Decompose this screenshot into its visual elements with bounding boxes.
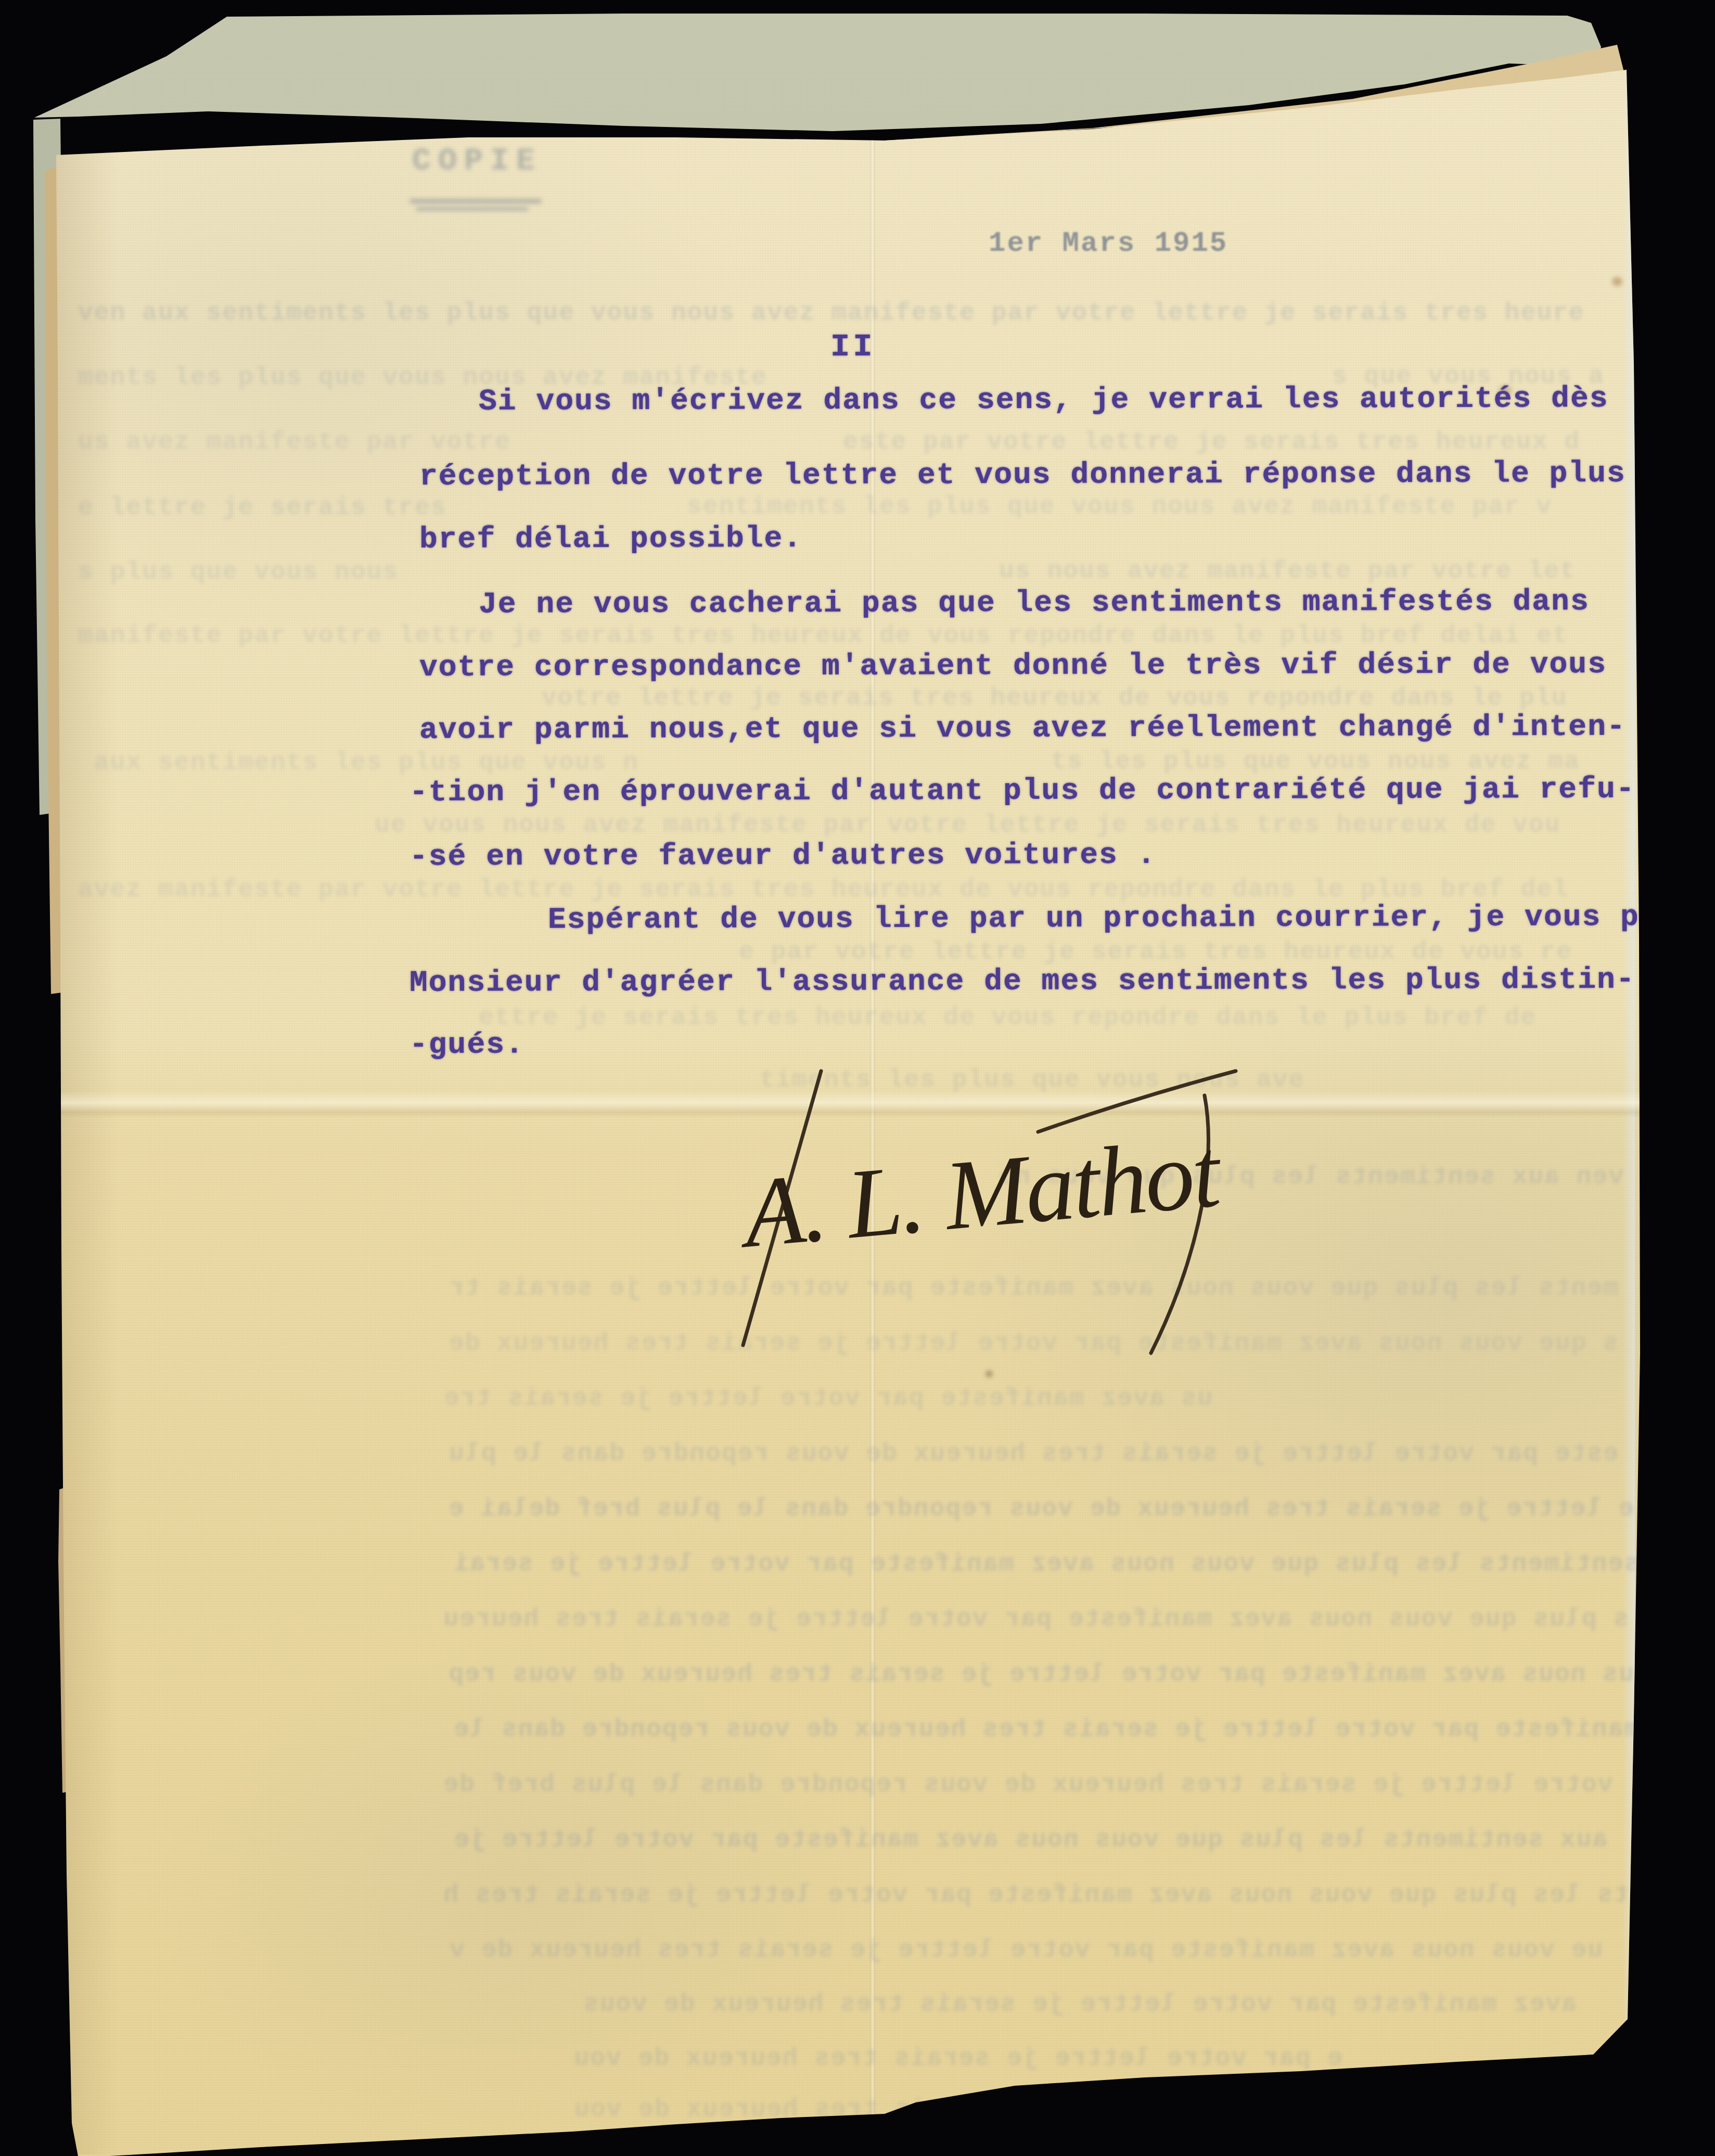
ghost-line: avez manifeste par votre lettre je serai… [572, 1992, 1577, 2022]
copy-stamp-ghost: COPIE [412, 144, 542, 179]
stain [1612, 277, 1622, 286]
ghost-line: aux sentiments les plus que vous nous av… [442, 1828, 1623, 1858]
ghost-line: e lettre je serais tres heureux de vous … [442, 1497, 1634, 1527]
typed-line-4: Je ne vous cacherai pas que les sentimen… [479, 587, 1590, 620]
ghost-line: votre lettre je serais tres heureux de v… [442, 1772, 1629, 1803]
typed-line-5: votre correspondance m'avaient donné le … [419, 650, 1607, 683]
page-number: II [830, 331, 876, 363]
ghost-line: este par votre lettre je serais tres heu… [442, 1441, 1618, 1472]
ghost-line: este par votre lettre je serais tres heu… [843, 430, 1582, 460]
signature-name: A. L. Mathot [734, 1118, 1226, 1269]
ghost-line: e lettre je serais tres [78, 495, 463, 526]
copy-stamp-underline [416, 207, 528, 211]
copy-stamp-underline [410, 199, 541, 203]
ghost-line: us nous avez manifeste par votre lettre … [442, 1662, 1634, 1692]
typed-line-11: -gués. [409, 1030, 524, 1061]
scanned-letter-photograph: ven aux sentiments les plus que vous nou… [0, 0, 1715, 2156]
typed-line-6: avoir parmi nous,et que si vous avez rée… [419, 712, 1626, 746]
right-edge-highlight [1622, 73, 1635, 2045]
ghost-line: sentiments les plus que vous nous avez m… [442, 1552, 1639, 1582]
ghost-line: us avez manifeste par votre lettre je se… [442, 1386, 1212, 1417]
ghost-line: us nous avez manifeste par votre let [999, 559, 1582, 589]
ghost-line: s plus que vous nous avez manifeste par … [442, 1607, 1629, 1637]
typed-line-7: -tion j'en éprouverai d'autant plus de c… [409, 775, 1635, 808]
typed-line-2: réception de votre lettre et vous donner… [419, 459, 1626, 492]
ghost-line: manifeste par votre lettre je serais tre… [442, 1717, 1639, 1747]
ghost-line: ven aux sentiments les plus que vous nou… [78, 301, 1597, 331]
ghost-line: s plus que vous nous [78, 560, 411, 590]
letter-sheet: ven aux sentiments les plus que vous nou… [0, 0, 1715, 2156]
typed-line-3: bref délai possible. [419, 524, 802, 555]
ghost-line: e par votre lettre je serais tres heureu… [572, 2046, 1342, 2076]
ghost-line: us avez manifeste par votre [78, 430, 536, 460]
typed-line-10: Monsieur d'agréer l'assurance de mes sen… [409, 965, 1635, 999]
ghost-line: ettre je serais tres heureux de vou [572, 2097, 1134, 2127]
handwritten-signature: A. L. Mathot [697, 1046, 1296, 1369]
ghost-line: sentiments les plus que vous nous avez m… [687, 494, 1561, 525]
typed-line-9: Espérant de vous lire par un prochain co… [548, 902, 1697, 936]
typed-line-1: Si vous m'écrivez dans ce sens, je verra… [479, 384, 1609, 417]
typed-line-8: -sé en votre faveur d'autres voitures . [409, 840, 1157, 873]
date-line: 1er Mars 1915 [989, 228, 1228, 260]
ghost-line: ettre je serais tres heureux de vous rep… [479, 1005, 1551, 1036]
ghost-line: ue vous nous avez manifeste par votre le… [442, 1938, 1603, 1968]
ghost-line: ts les plus que vous nous avez manifeste… [442, 1883, 1629, 1913]
stain [986, 1371, 992, 1377]
